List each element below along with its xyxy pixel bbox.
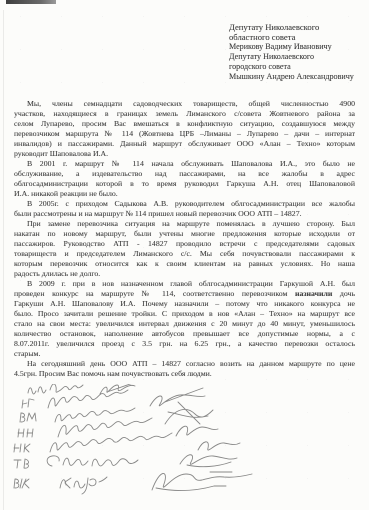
body-line: которым перевозчик относится как к своим… <box>14 259 355 269</box>
body-line: Гаркуши А.Н. Шаповалову И.А. Почему назн… <box>14 299 355 309</box>
body-line: И.А. никакой реакции не было. <box>14 189 355 199</box>
body-line: количество остановок, наполнение автобус… <box>14 329 355 339</box>
header-line: Мышкину Андрею Александровичу <box>229 72 363 82</box>
body-line: пассажиров. Руководство АТП - 14827 пров… <box>14 239 355 249</box>
body-line: участков, находящиеся в границах земель … <box>14 109 355 119</box>
header-line: областного совета <box>229 32 363 42</box>
body-line: В 2001 г. маршрут № 114 начала обслужива… <box>14 159 355 169</box>
body-line: старым. <box>14 349 355 359</box>
header-line: Мерикову Вадиму Ивановичу <box>229 42 363 52</box>
header-line: городского совета <box>229 62 363 72</box>
recipient-header: Депутату Николаевского областного совета… <box>229 22 363 82</box>
body-line: товариществ и председателем Лиманского с… <box>14 249 355 259</box>
signature-row <box>14 472 252 494</box>
body-line: 4.5грн. Просим Вас помочь нам почувствов… <box>14 369 355 379</box>
signatures-block <box>0 384 369 510</box>
body-line: перевозчиком маршрута № 114 (Жовтнева ЦР… <box>14 129 355 139</box>
body-line: селом Лупарево, просим Вас вмешаться в к… <box>14 119 355 129</box>
body-line: было. Просо зачитали решение тройки. С п… <box>14 309 355 319</box>
signature-row <box>14 455 237 468</box>
signature-row <box>22 388 205 408</box>
signature-row <box>14 433 240 452</box>
body-line: 8.07.2011г. увеличился проезд с 3.5 грн.… <box>14 339 355 349</box>
body-line: радость длилась не долго. <box>14 269 355 279</box>
body-line: проведен конкурс на маршруте № 114, соот… <box>14 289 355 299</box>
body-line: стало на свои места: увеличился интервал… <box>14 319 355 329</box>
body-line: При замене перевозчика ситуация на маршр… <box>14 219 355 229</box>
body-line: были рассмотрены и на маршрут № 114 приш… <box>14 209 355 219</box>
body-line: облгосадминистрации которой в то время р… <box>14 179 355 189</box>
body-line: На сегодняшний день ООО АТП – 14827 согл… <box>14 359 355 369</box>
scan-artifact-bar <box>6 0 56 4</box>
body-line: Мы, члены семнадцати садоводческих товар… <box>14 99 355 109</box>
header-line: Депутату Николаевского <box>229 22 363 32</box>
body-line: В 2005г. с приходом Садыкова А.В. руково… <box>14 199 355 209</box>
scanned-letter-page: Депутату Николаевского областного совета… <box>0 0 369 510</box>
body-line: накатан по новому маршрут, были учтены м… <box>14 229 355 239</box>
header-line: Депутату Николаевского <box>229 52 363 62</box>
body-line: инвалидов) и пассажирами. Данный маршрут… <box>14 139 355 149</box>
body-line: В 2009 г. при в нов назначенном главой о… <box>14 279 355 289</box>
signature-row <box>18 418 218 437</box>
body-line: руководит Шаповалова И.А. <box>14 149 355 159</box>
letter-body: Мы, члены семнадцати садоводческих товар… <box>14 99 355 379</box>
body-line: обслуживание, а издевательство над пасса… <box>14 169 355 179</box>
